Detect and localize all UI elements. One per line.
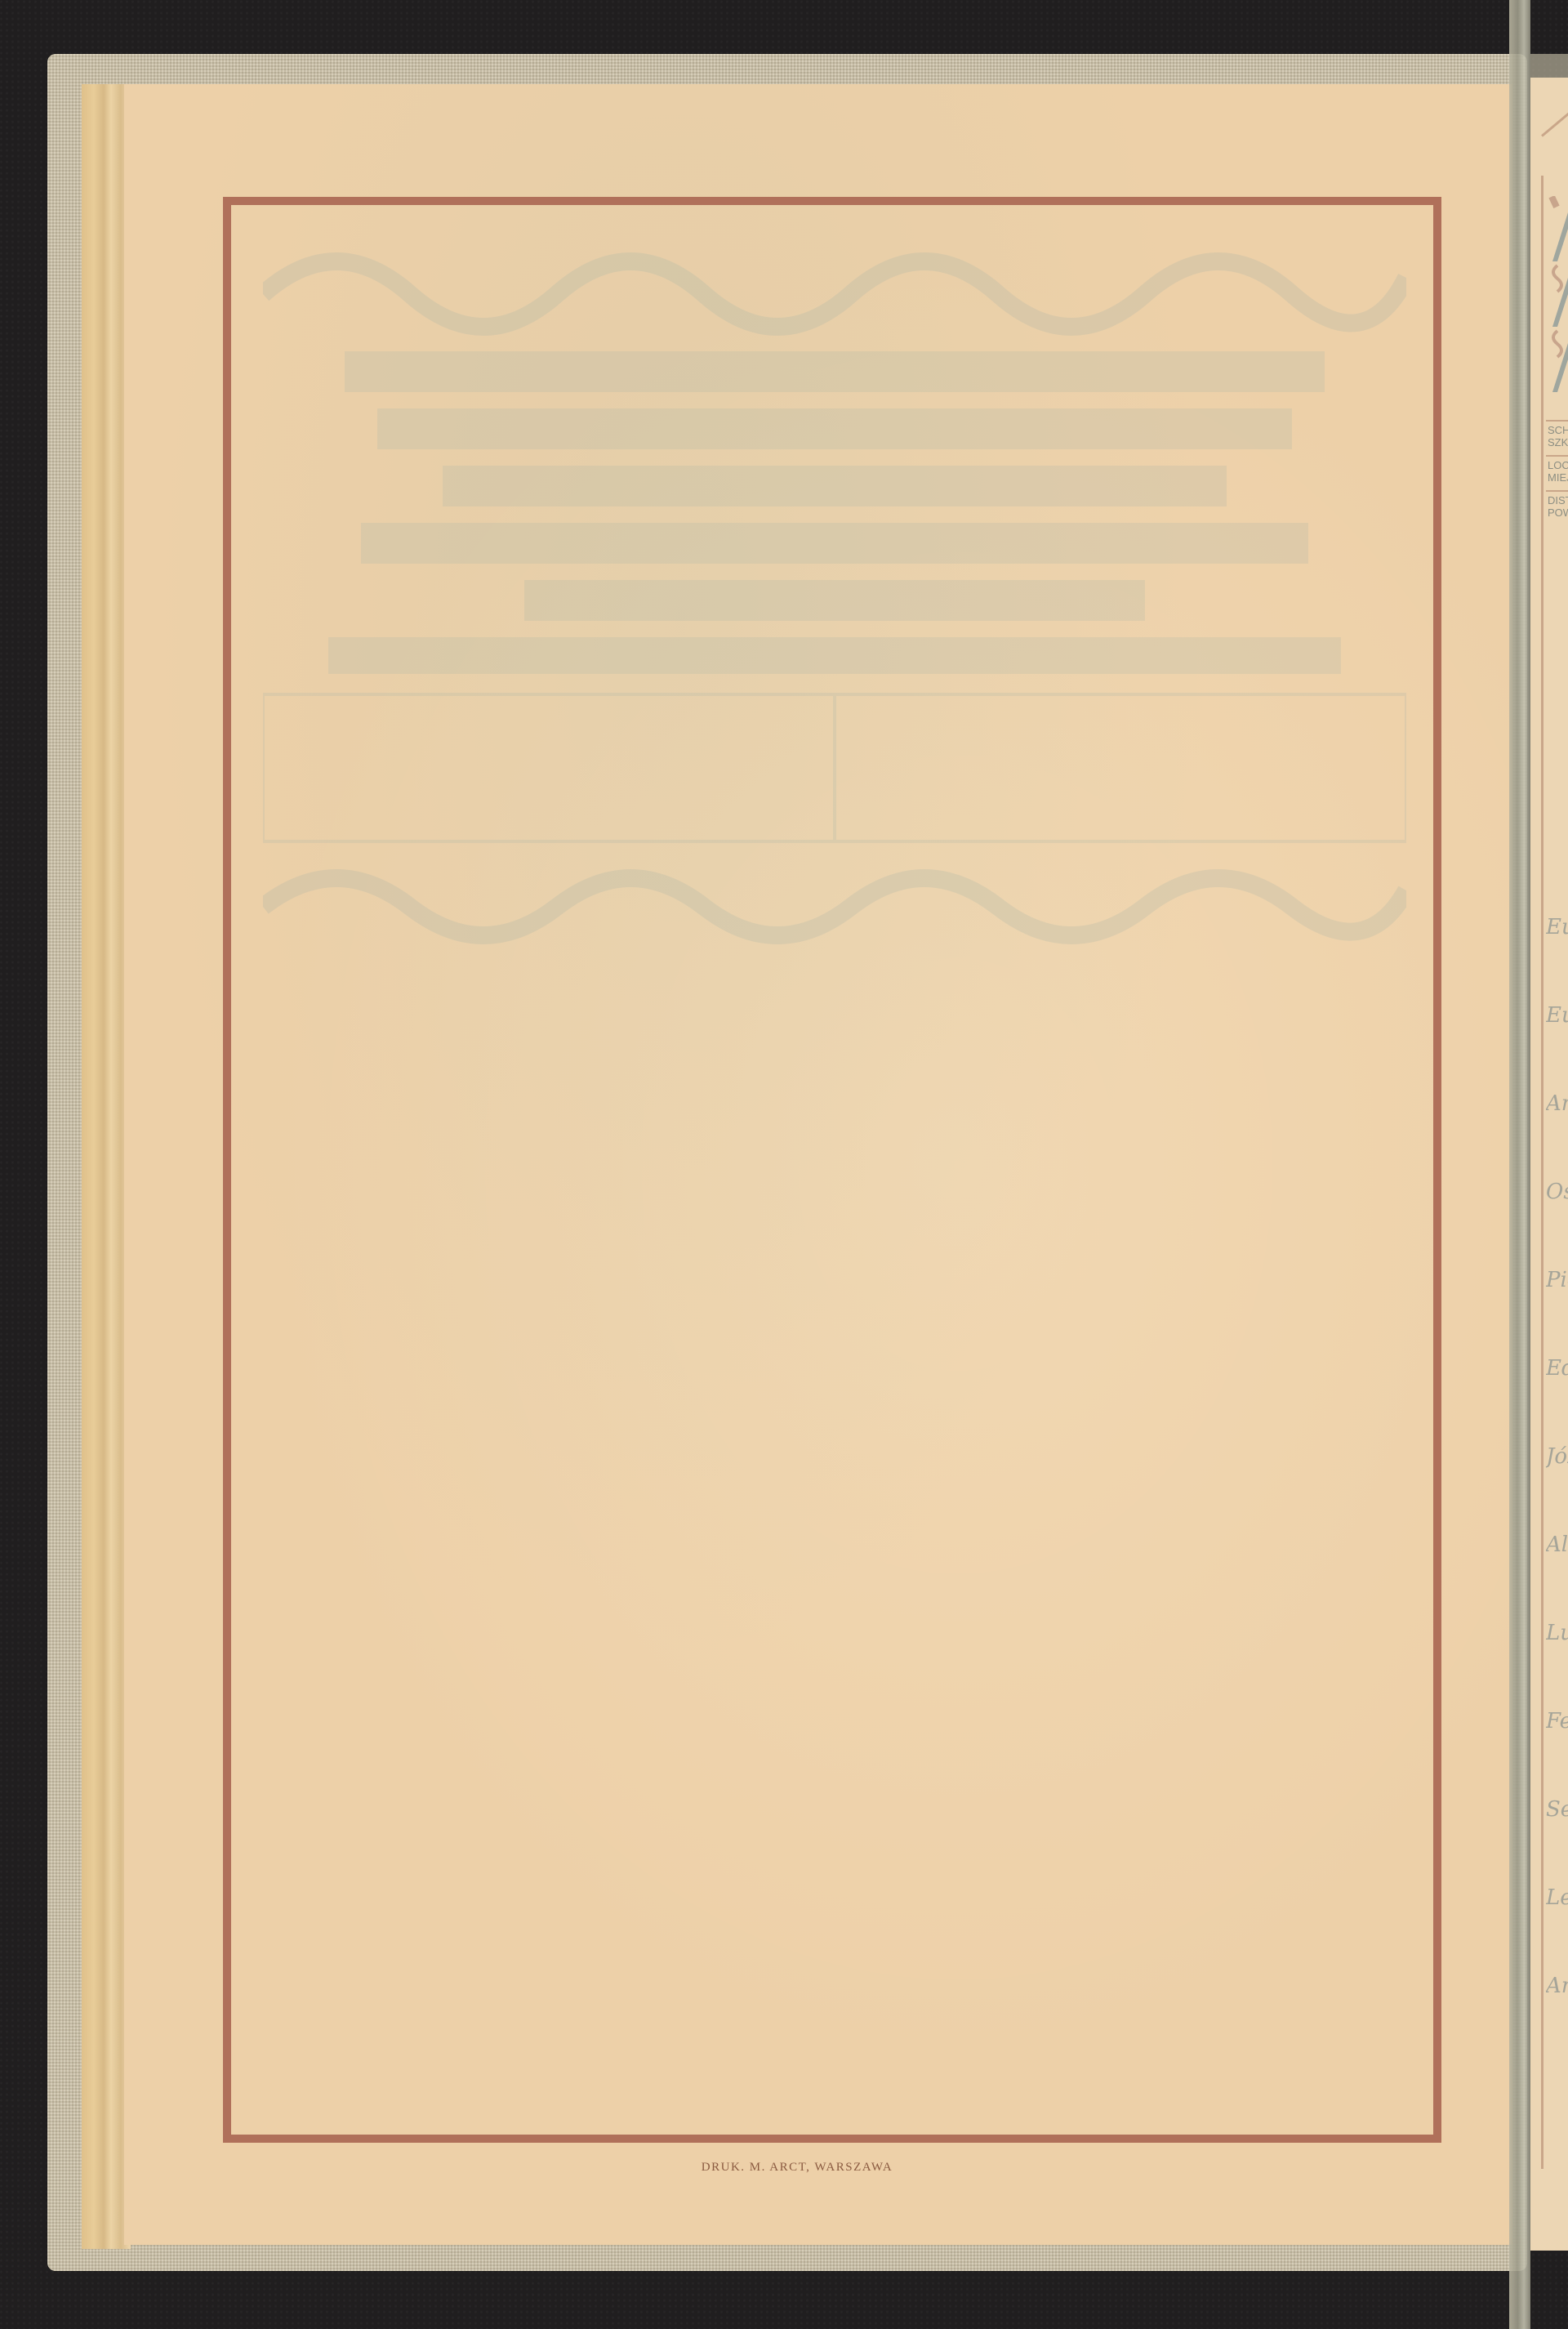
handwritten-name: Józe: [1546, 1444, 1568, 1533]
page-edges: [82, 84, 131, 2249]
handwritten-name: Fel: [1546, 1709, 1568, 1797]
handwritten-name: Ann: [1546, 1974, 1568, 2062]
page-border-frame: [223, 197, 1441, 2143]
handwritten-name: Eugen: [1546, 1003, 1568, 1091]
right-page-labels: SCHOO SZKOŁ LOCAL MIEJSC DISTR POWI: [1546, 420, 1568, 525]
handwritten-name: Edw: [1546, 1356, 1568, 1444]
handwritten-name: Le: [1546, 1885, 1568, 1974]
handwritten-name-list: Euge Eugen Antoni Oska Pio Edw Józe Alek…: [1546, 915, 1568, 2062]
right-page-border: [1541, 176, 1543, 2169]
right-page-ornament-icon: [1546, 196, 1568, 417]
handwritten-name: Sen: [1546, 1797, 1568, 1885]
printer-imprint: DRUK. M. ARCT, WARSZAWA: [0, 2161, 1568, 2175]
printer-imprint-text: DRUK. M. ARCT, WARSZAWA: [702, 2161, 893, 2175]
handwritten-name: Pio: [1546, 1268, 1568, 1356]
label-school: SCHOO SZKOŁ: [1546, 420, 1568, 455]
label-district: DISTR POWI: [1546, 490, 1568, 525]
handwritten-name: Euge: [1546, 915, 1568, 1003]
handwritten-name: Antoni: [1546, 1091, 1568, 1180]
handwritten-name: Lua: [1546, 1621, 1568, 1709]
binding-top-edge: [1530, 54, 1568, 80]
handwritten-name: Alek: [1546, 1533, 1568, 1621]
book-gutter: [1509, 0, 1530, 2329]
handwritten-name: Oska: [1546, 1180, 1568, 1268]
label-locality: LOCAL MIEJSC: [1546, 455, 1568, 490]
